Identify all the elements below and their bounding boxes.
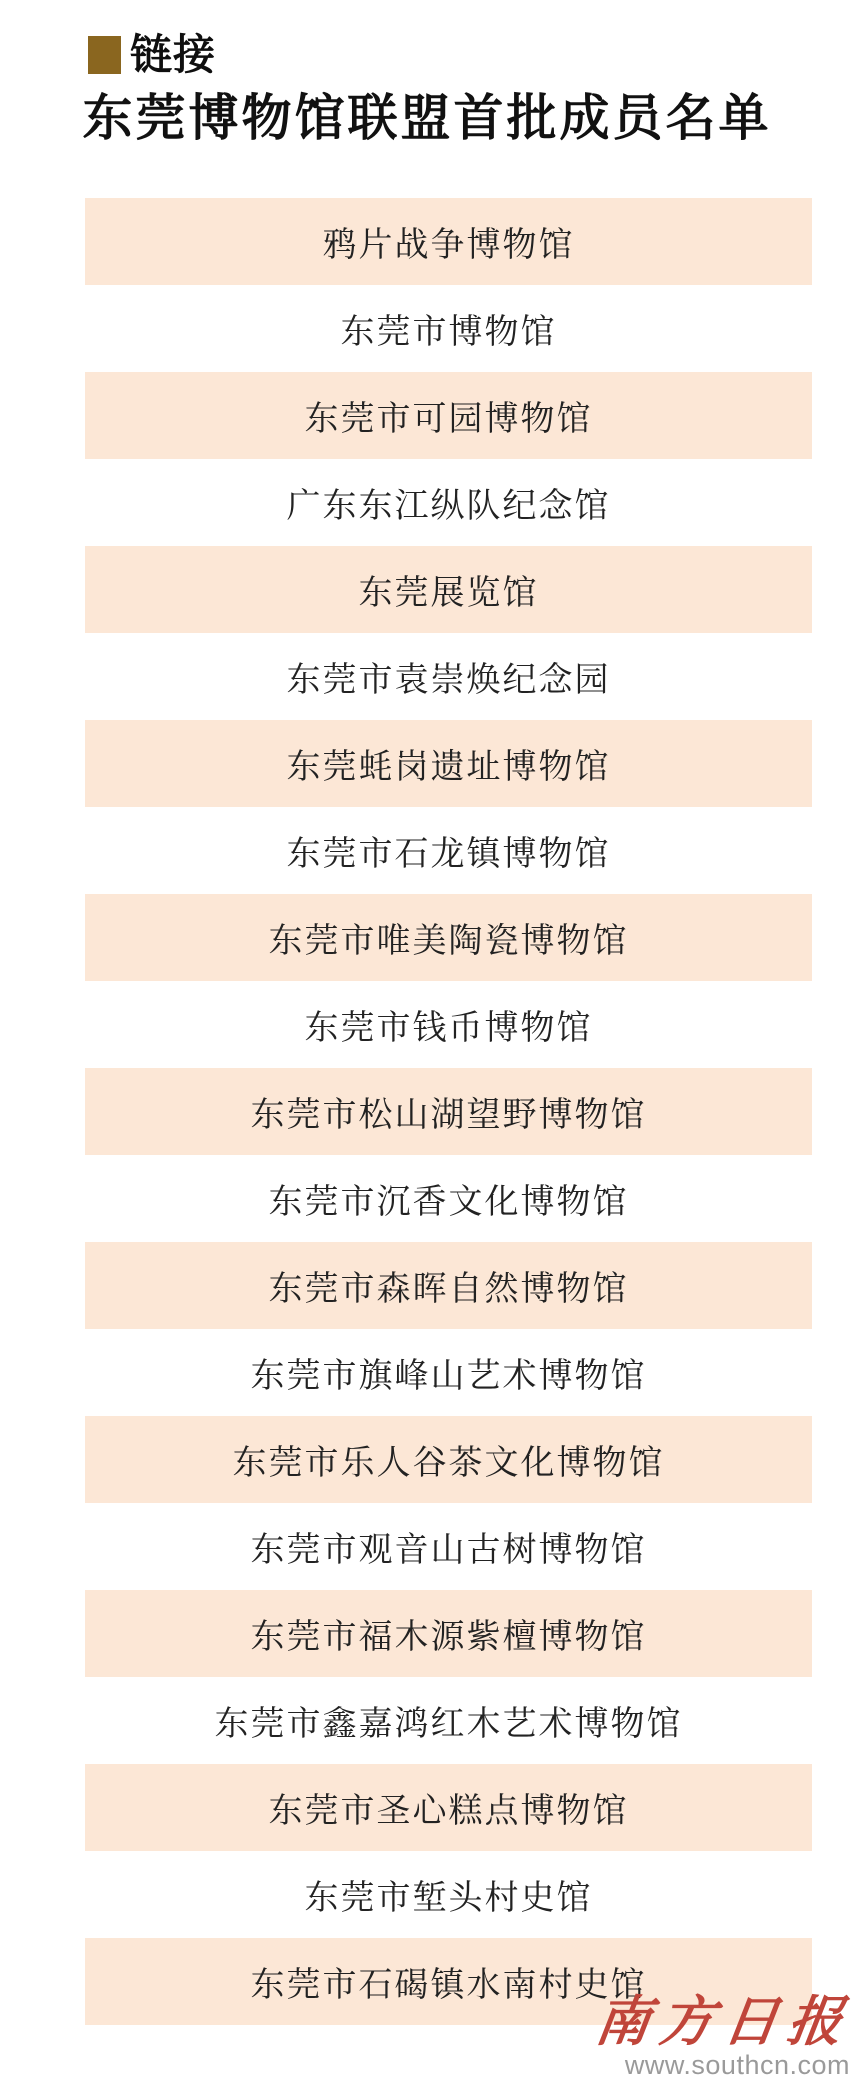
list-item: 东莞市森晖自然博物馆 — [85, 1242, 812, 1329]
list-item: 东莞市乐人谷茶文化博物馆 — [85, 1416, 812, 1503]
list-item: 广东东江纵队纪念馆 — [85, 459, 812, 546]
list-item: 东莞市观音山古树博物馆 — [85, 1503, 812, 1590]
list-item: 东莞市可园博物馆 — [85, 372, 812, 459]
list-item: 东莞市袁崇焕纪念园 — [85, 633, 812, 720]
list-item: 东莞蚝岗遗址博物馆 — [85, 720, 812, 807]
list-item: 东莞展览馆 — [85, 546, 812, 633]
list-item: 东莞市圣心糕点博物馆 — [85, 1764, 812, 1851]
list-item: 东莞市唯美陶瓷博物馆 — [85, 894, 812, 981]
section-tag: 链接 — [88, 34, 216, 76]
museum-list: 鸦片战争博物馆东莞市博物馆东莞市可园博物馆广东东江纵队纪念馆东莞展览馆东莞市袁崇… — [85, 198, 812, 2025]
section-tag-label: 链接 — [130, 34, 216, 76]
list-item: 东莞市福木源紫檀博物馆 — [85, 1590, 812, 1677]
page-title: 东莞博物馆联盟首批成员名单 — [0, 90, 854, 145]
list-item: 东莞市松山湖望野博物馆 — [85, 1068, 812, 1155]
list-item: 东莞市堑头村史馆 — [85, 1851, 812, 1938]
list-item: 东莞市沉香文化博物馆 — [85, 1155, 812, 1242]
list-item: 东莞市博物馆 — [85, 285, 812, 372]
list-item: 东莞市钱币博物馆 — [85, 981, 812, 1068]
list-item: 东莞市旗峰山艺术博物馆 — [85, 1329, 812, 1416]
watermark-url: www.southcn.com — [592, 2050, 852, 2080]
southern-daily-logo: 南方日报 — [592, 1993, 854, 2050]
list-item: 东莞市石龙镇博物馆 — [85, 807, 812, 894]
list-item: 东莞市鑫嘉鸿红木艺术博物馆 — [85, 1677, 812, 1764]
watermark: 南方日报 www.southcn.com — [592, 1993, 852, 2080]
list-item: 鸦片战争博物馆 — [85, 198, 812, 285]
section-tag-square-icon — [88, 36, 121, 74]
